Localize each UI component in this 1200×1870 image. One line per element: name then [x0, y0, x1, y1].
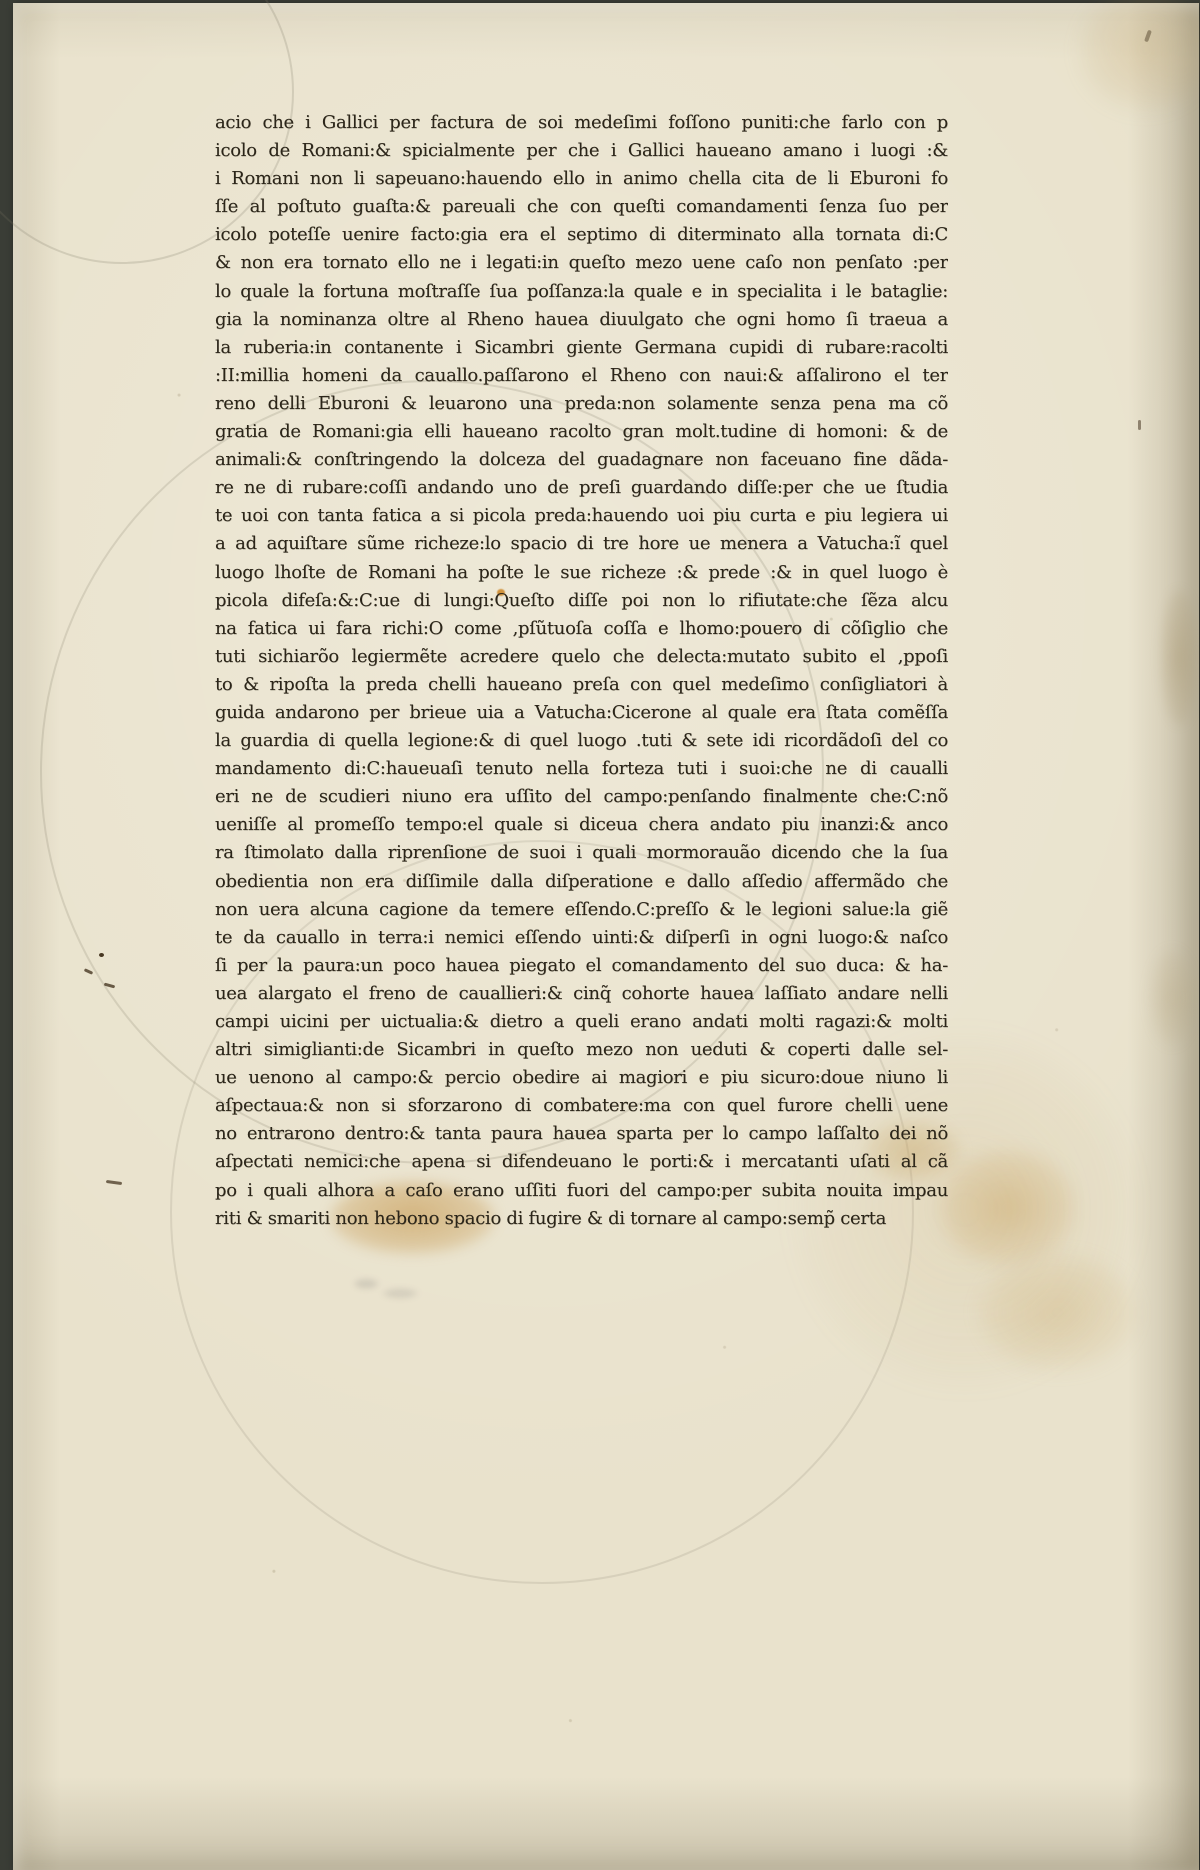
margin-ink-mark: [106, 1180, 122, 1185]
text-line: gratia de Romani:gia elli haueano racolt…: [215, 418, 948, 446]
text-line: riti & smariti non hebono spacio di fugi…: [215, 1205, 948, 1233]
foxing-stain: [1080, 0, 1200, 110]
text-line: to & ripoſta la preda chelli haueano pre…: [215, 671, 948, 699]
text-line: guida andarono per brieue uia a Vatucha:…: [215, 699, 948, 727]
text-line: acio che i Gallici per factura de soi me…: [215, 109, 948, 137]
text-line: i Romani non li sapeuano:hauendo ello in…: [215, 165, 948, 193]
text-line: aſpectaua:& non si sforzarono di combate…: [215, 1092, 948, 1120]
text-line: re ne di rubare:coſſi andando uno de pre…: [215, 474, 948, 502]
margin-ink-mark: [99, 953, 104, 957]
text-line: te uoi con tanta fatica a si picola pred…: [215, 502, 948, 530]
text-line: ueniſſe al promeſſo tempo:el quale si di…: [215, 811, 948, 839]
text-line: lo quale la fortuna moſtraſſe ſua poſſan…: [215, 278, 948, 306]
text-line: aſpectati nemici:che apena si difendeuan…: [215, 1148, 948, 1176]
text-line: a ad aquiſtare sũme richeze:lo spacio di…: [215, 530, 948, 558]
text-line: campi uicini per uictualia:& dietro a qu…: [215, 1008, 948, 1036]
text-line: na fatica ui fara richi:O come ,pſũtuoſa…: [215, 615, 948, 643]
text-line: obedientia non era diſſimile dalla diſpe…: [215, 868, 948, 896]
text-line: tuti sichiarõo legiermẽte acredere quelo…: [215, 643, 948, 671]
text-line: eri ne de scudieri niuno era uſſito del …: [215, 783, 948, 811]
text-line: picola difeſa:&:C:ue di lungi:Queſto diſ…: [215, 587, 948, 615]
text-line: :II:millia homeni da cauallo.paſſarono e…: [215, 362, 948, 390]
text-line: la guardia di quella legione:& di quel l…: [215, 727, 948, 755]
foxing-stain: [1160, 590, 1198, 725]
foxing-stain: [980, 1255, 1135, 1370]
margin-ink-mark: [1138, 420, 1141, 430]
text-line: ra ſtimolato dalla riprenſione de suoi i…: [215, 839, 948, 867]
text-line: gia la nominanza oltre al Rheno hauea di…: [215, 306, 948, 334]
printed-text-block: acio che i Gallici per factura de soi me…: [215, 109, 948, 1233]
text-line: animali:& conſtringendo la dolceza del g…: [215, 446, 948, 474]
margin-ink-mark: [104, 983, 115, 989]
text-line: non uera alcuna cagione da temere eſſend…: [215, 896, 948, 924]
text-line: icolo poteſſe uenire facto:gia era el se…: [215, 221, 948, 249]
text-line: uea alargato el freno de cauallieri:& ci…: [215, 980, 948, 1008]
margin-ink-mark: [84, 968, 93, 975]
text-line: luogo lhoſte de Romani ha poſte le sue r…: [215, 559, 948, 587]
text-line: mandamento di:C:haueuaſi tenuto nella fo…: [215, 755, 948, 783]
text-line: altri simiglianti:de Sicambri in queſto …: [215, 1036, 948, 1064]
text-line: te da cauallo in terra:i nemici eſſendo …: [215, 924, 948, 952]
text-line: ſſe al poſtuto guaſta:& pareuali che con…: [215, 193, 948, 221]
text-line: reno delli Eburoni & leuarono una preda:…: [215, 390, 948, 418]
foxing-stain: [940, 1150, 1075, 1265]
text-line: ſi per la paura:un poco hauea piegato el…: [215, 952, 948, 980]
book-page: acio che i Gallici per factura de soi me…: [13, 3, 1199, 1870]
foxing-stain: [1150, 950, 1194, 1045]
scan-backdrop: { "page": { "lines": [ "acio che i Galli…: [0, 0, 1200, 1870]
text-line: la ruberia:in contanente i Sicambri gien…: [215, 334, 948, 362]
text-line: no entrarono dentro:& tanta paura hauea …: [215, 1120, 948, 1148]
margin-ink-mark: [1144, 30, 1152, 43]
text-line: po i quali alhora a caſo erano uſſiti fu…: [215, 1177, 948, 1205]
text-line: & non era tornato ello ne i legati:in qu…: [215, 249, 948, 277]
text-line: ue uenono al campo:& percio obedire ai m…: [215, 1064, 948, 1092]
text-line: icolo de Romani:& spicialmente per che i…: [215, 137, 948, 165]
show-through-ghost-text: [345, 1267, 430, 1315]
